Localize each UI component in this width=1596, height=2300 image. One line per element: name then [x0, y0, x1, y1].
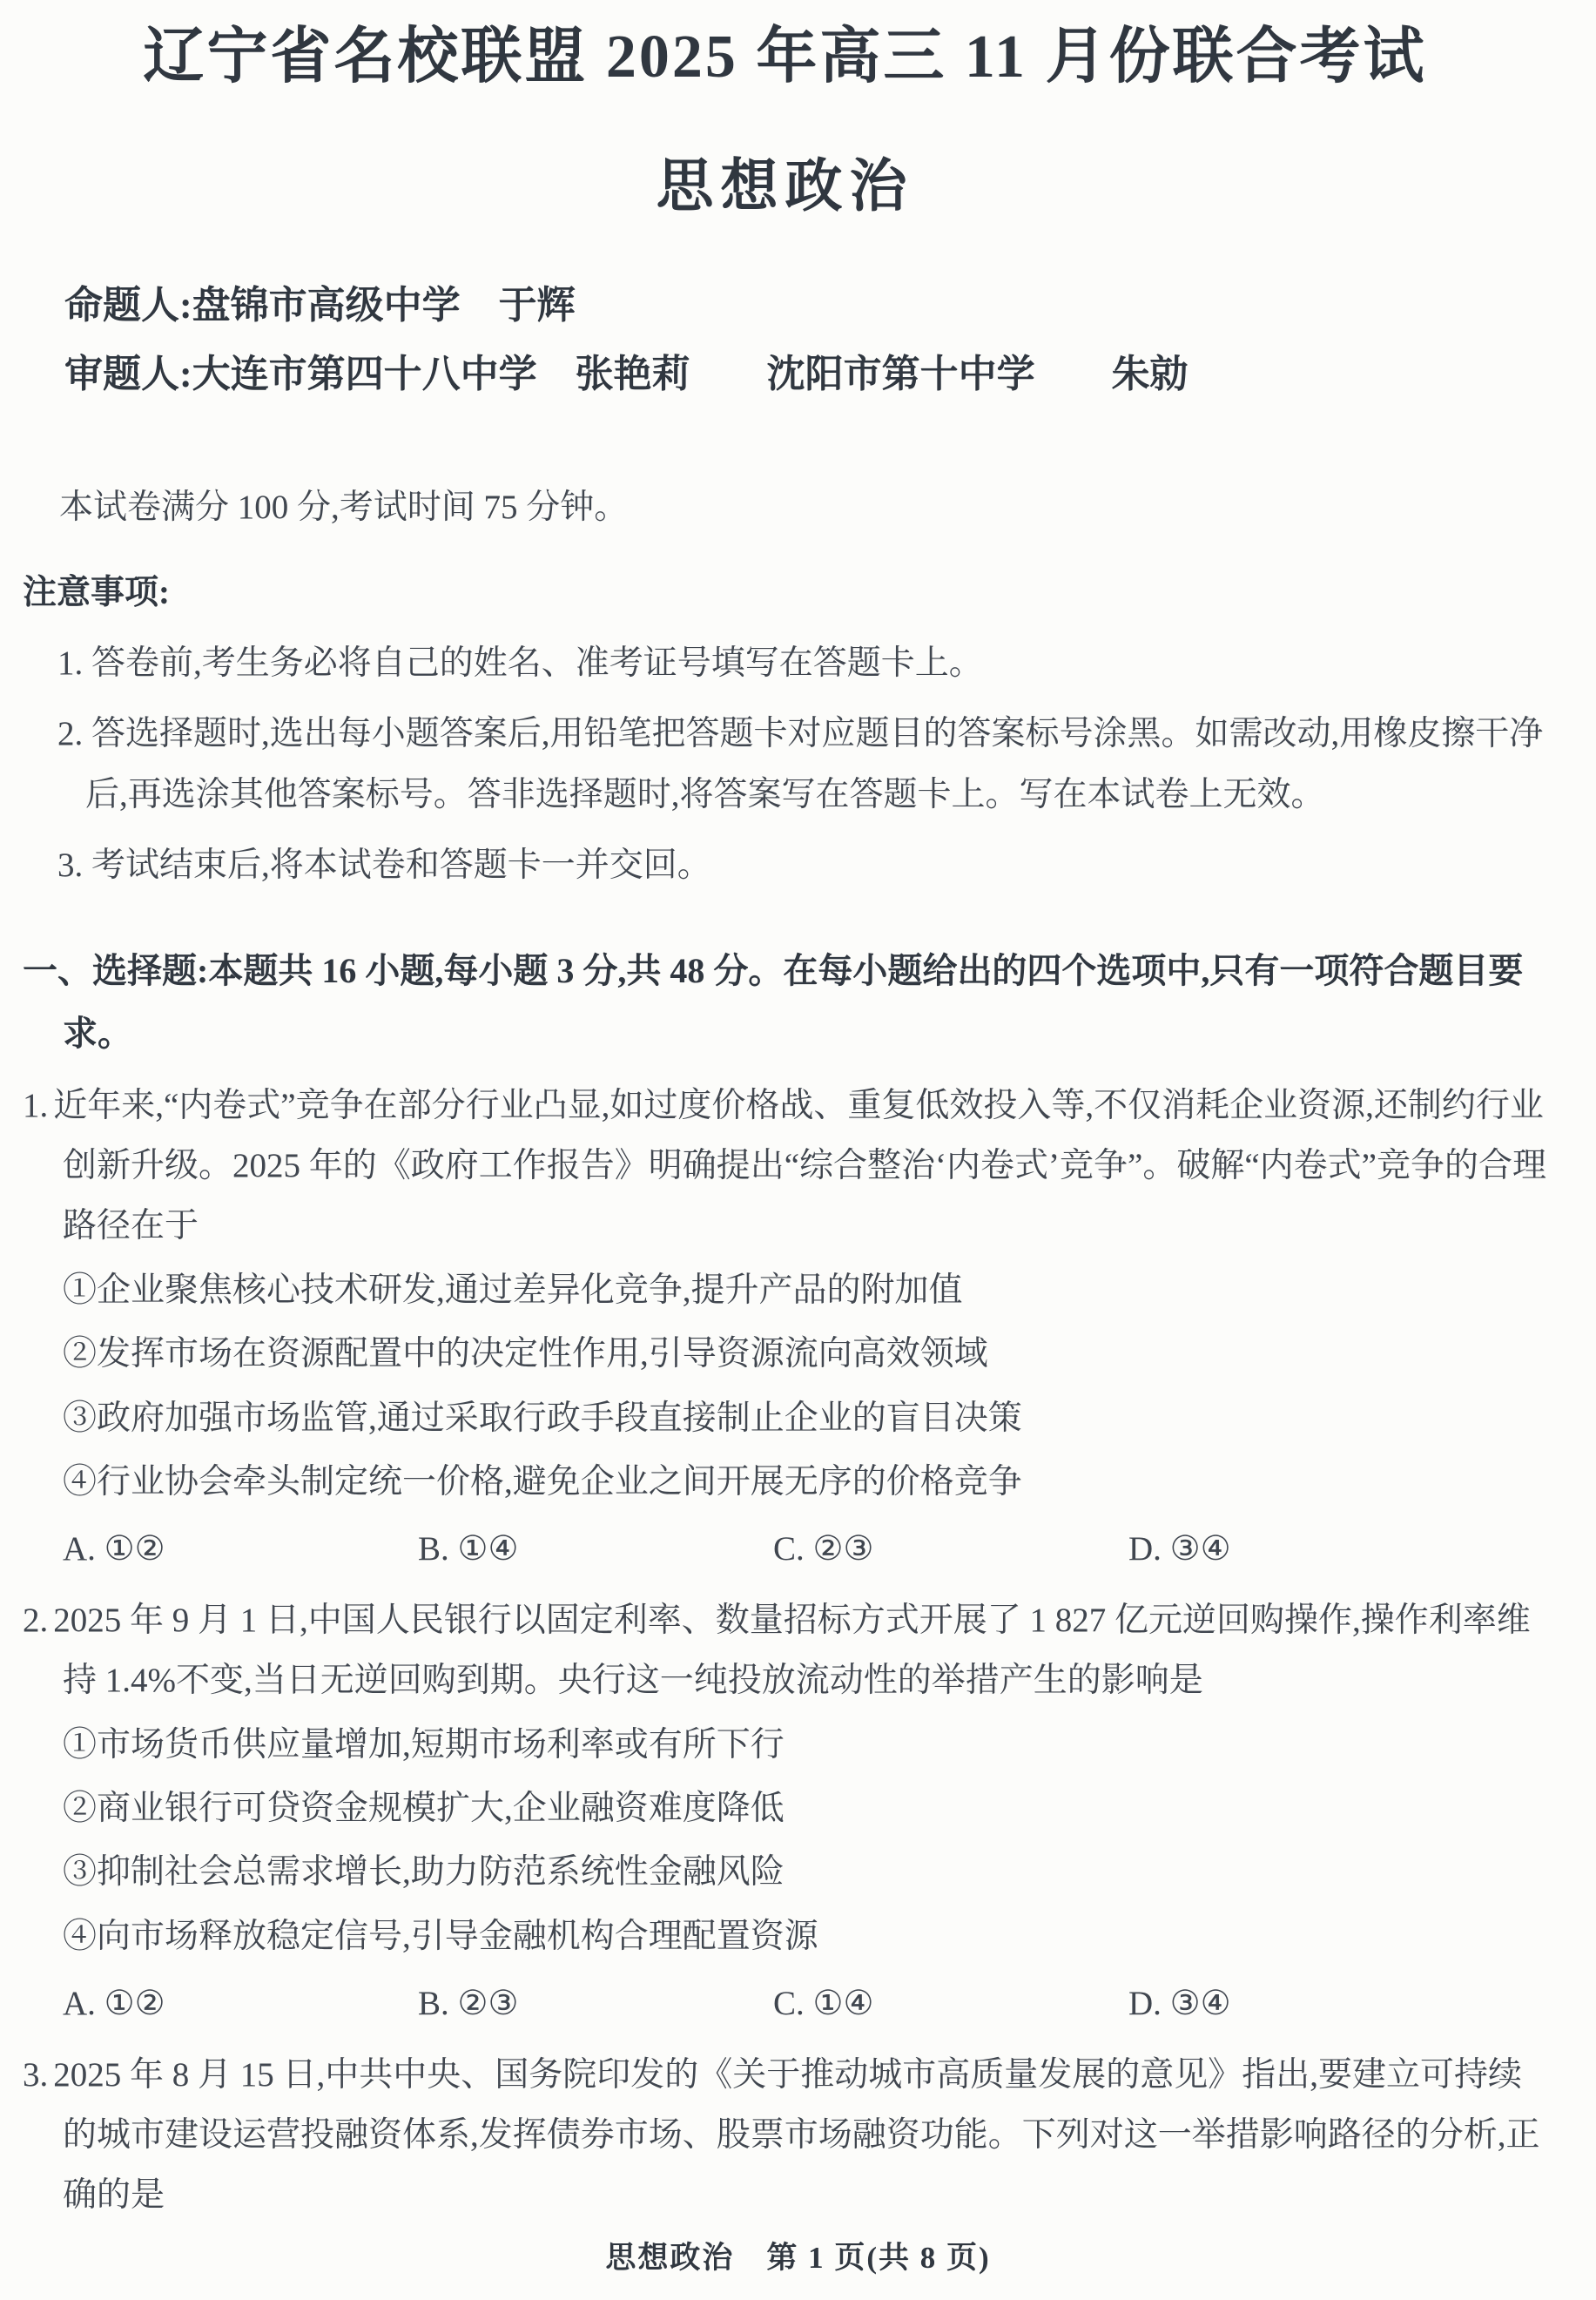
setter-line: 命题人:盘锦市高级中学 于辉: [64, 278, 1547, 334]
section-heading: 一、选择题:本题共 16 小题,每小题 3 分,共 48 分。在每小题给出的四个…: [23, 940, 1547, 1065]
question-1-choice-c: C. ②③: [773, 1519, 1128, 1579]
question-1-choice-d: D. ③④: [1128, 1519, 1547, 1579]
exam-paper-page: 辽宁省名校联盟 2025 年高三 11 月份联合考试 思想政治 命题人:盘锦市高…: [0, 0, 1596, 2300]
question-3-stem-text: 2025 年 8 月 15 日,中共中央、国务院印发的《关于推动城市高质量发展的…: [53, 2056, 1539, 2215]
question-2-statement-1: ①市场货币供应量增加,短期市场利率或有所下行: [63, 1715, 1547, 1775]
reviewer-line: 审题人:大连市第四十八中学 张艳莉 沈阳市第十中学 朱勍: [64, 347, 1547, 402]
question-1-stem: 1.近年来,“内卷式”竞争在部分行业凸显,如过度价格战、重复低效投入等,不仅消耗…: [23, 1076, 1547, 1257]
question-2-statement-3: ③抑制社会总需求增长,助力防范系统性金融风险: [63, 1842, 1547, 1902]
question-2: 2.2025 年 9 月 1 日,中国人民银行以固定利率、数量招标方式开展了 1…: [23, 1590, 1547, 2034]
question-2-choice-b: B. ②③: [418, 1973, 773, 2034]
question-3-stem: 3.2025 年 8 月 15 日,中共中央、国务院印发的《关于推动城市高质量发…: [23, 2045, 1547, 2226]
notice-item-1: 1. 答卷前,考生务必将自己的姓名、准考证号填写在答题卡上。: [57, 633, 1547, 693]
question-1-choices: A. ①② B. ①④ C. ②③ D. ③④: [63, 1519, 1547, 1579]
question-2-choice-a: A. ①②: [63, 1973, 418, 2034]
notice-item-3: 3. 考试结束后,将本试卷和答题卡一并交回。: [57, 835, 1547, 895]
notice-list: 1. 答卷前,考生务必将自己的姓名、准考证号填写在答题卡上。 2. 答选择题时,…: [23, 633, 1547, 896]
question-2-choice-d: D. ③④: [1128, 1973, 1547, 2034]
subject-title: 思想政治: [23, 139, 1547, 222]
question-2-number: 2.: [23, 1602, 48, 1639]
page-footer: 思想政治 第 1 页(共 8 页): [0, 2234, 1596, 2277]
question-2-stem-text: 2025 年 9 月 1 日,中国人民银行以固定利率、数量招标方式开展了 1 8…: [53, 1602, 1531, 1699]
question-1-statement-1: ①企业聚焦核心技术研发,通过差异化竞争,提升产品的附加值: [63, 1260, 1547, 1320]
question-1-statement-2: ②发挥市场在资源配置中的决定性作用,引导资源流向高效领域: [63, 1324, 1547, 1384]
page-title: 辽宁省名校联盟 2025 年高三 11 月份联合考试: [23, 19, 1547, 96]
question-1-choice-a: A. ①②: [63, 1519, 418, 1579]
question-1-statement-3: ③政府加强市场监管,通过采取行政手段直接制止企业的盲目决策: [63, 1388, 1547, 1448]
question-3: 3.2025 年 8 月 15 日,中共中央、国务院印发的《关于推动城市高质量发…: [23, 2045, 1547, 2226]
question-2-choice-c: C. ①④: [773, 1973, 1128, 2034]
question-1-number: 1.: [23, 1087, 48, 1124]
question-1: 1.近年来,“内卷式”竞争在部分行业凸显,如过度价格战、重复低效投入等,不仅消耗…: [23, 1076, 1547, 1580]
question-2-stem: 2.2025 年 9 月 1 日,中国人民银行以固定利率、数量招标方式开展了 1…: [23, 1590, 1547, 1711]
notice-item-2: 2. 答选择题时,选出每小题答案后,用铅笔把答题卡对应题目的答案标号涂黑。如需改…: [57, 704, 1547, 825]
question-1-stem-text: 近年来,“内卷式”竞争在部分行业凸显,如过度价格战、重复低效投入等,不仅消耗企业…: [53, 1087, 1546, 1245]
notice-heading: 注意事项:: [23, 563, 1547, 623]
question-1-choice-b: B. ①④: [418, 1519, 773, 1579]
question-1-statement-4: ④行业协会牵头制定统一价格,避免企业之间开展无序的价格竞争: [63, 1452, 1547, 1512]
question-2-choices: A. ①② B. ②③ C. ①④ D. ③④: [63, 1973, 1547, 2034]
exam-info: 本试卷满分 100 分,考试时间 75 分钟。: [59, 477, 1547, 537]
question-2-statement-2: ②商业银行可贷资金规模扩大,企业融资难度降低: [63, 1778, 1547, 1838]
question-2-statement-4: ④向市场释放稳定信号,引导金融机构合理配置资源: [63, 1906, 1547, 1966]
question-3-number: 3.: [23, 2056, 48, 2094]
